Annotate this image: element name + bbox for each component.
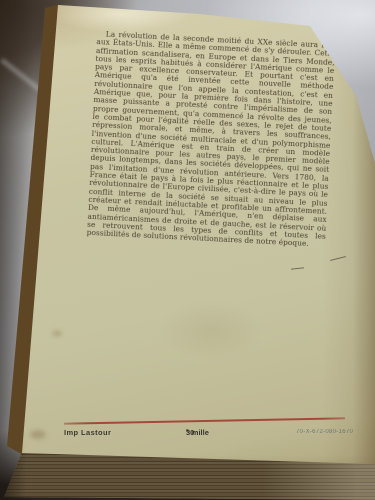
pen-mark (291, 267, 304, 269)
edition-count: 30emille (186, 428, 189, 438)
printer-name: Imp Lastour (64, 428, 111, 437)
book-back-cover: La révolution de la seconde moitié du XX… (0, 0, 375, 500)
print-code: 70-X-672-080-1670 (296, 429, 353, 435)
edition-word: mille (192, 428, 209, 437)
paper-stain (52, 330, 62, 337)
photo-of-book-back-cover: La révolution de la seconde moitié du XX… (0, 0, 375, 500)
paper-stain (30, 430, 46, 439)
divider-line (64, 417, 345, 424)
blurb-text: La révolution de la seconde moitié du XX… (87, 30, 336, 249)
pen-mark (330, 256, 346, 261)
